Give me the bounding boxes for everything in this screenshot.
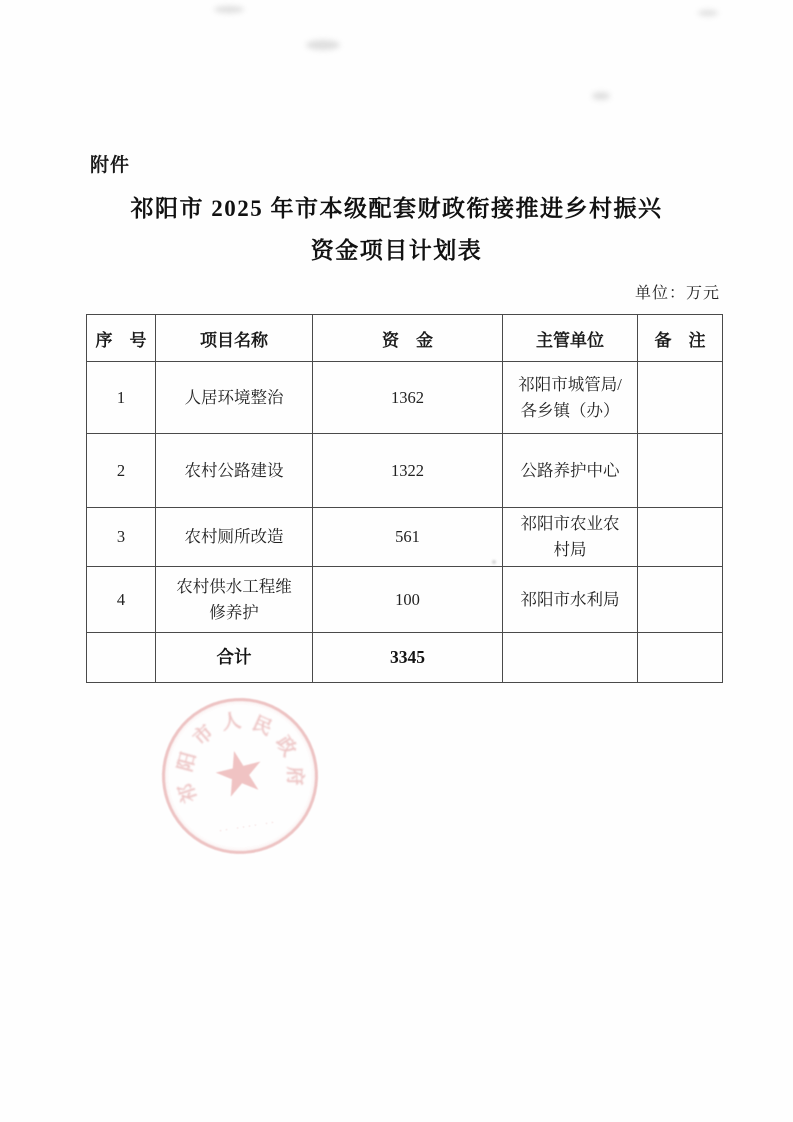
cell-seq: 4 xyxy=(87,567,156,633)
seal-ring-char: 府 xyxy=(282,764,306,788)
col-header-remark: 备 注 xyxy=(638,315,723,362)
seal-ring-char: 民 xyxy=(246,711,278,743)
seal-ring-char: 祁 xyxy=(174,778,204,808)
total-label: 合计 xyxy=(156,633,313,683)
cell-seq: 3 xyxy=(87,508,156,567)
budget-table: 序 号 项目名称 资 金 主管单位 备 注 1 人居环境整治 1362 祁阳市城… xyxy=(86,314,723,683)
table-row: 4 农村供水工程维 修养护 100 祁阳市水利局 xyxy=(87,567,723,633)
scan-artifact xyxy=(306,40,340,50)
cell-remark xyxy=(638,567,723,633)
table-total-row: 合计 3345 xyxy=(87,633,723,683)
cell-agency: 祁阳市农业农 村局 xyxy=(503,508,638,567)
cell-remark xyxy=(638,633,723,683)
cell-project: 人居环境整治 xyxy=(156,362,313,434)
official-seal: ★ 祁 阳 市 人 民 政 府 ·· ···· ·· xyxy=(151,687,329,865)
table-row: 2 农村公路建设 1322 公路养护中心 xyxy=(87,434,723,508)
cell-project: 农村厕所改造 xyxy=(156,508,313,567)
table-row: 1 人居环境整治 1362 祁阳市城管局/ 各乡镇（办） xyxy=(87,362,723,434)
seal-star-icon: ★ xyxy=(206,738,273,809)
table-row: 3 农村厕所改造 561 祁阳市农业农 村局 xyxy=(87,508,723,567)
document-page: 附件 祁阳市 2025 年市本级配套财政衔接推进乡村振兴 资金项目计划表 单位：… xyxy=(0,0,793,1122)
col-header-amount: 资 金 xyxy=(313,315,503,362)
cell-remark xyxy=(638,434,723,508)
col-header-agency: 主管单位 xyxy=(503,315,638,362)
seal-ring xyxy=(151,687,329,865)
cell-amount: 1322 xyxy=(313,434,503,508)
seal-ring-char: 市 xyxy=(187,719,221,753)
attachment-label: 附件 xyxy=(90,150,130,177)
title-line-1: 祁阳市 2025 年市本级配套财政衔接推进乡村振兴 xyxy=(0,188,793,230)
unit-note: 单位：万元 xyxy=(635,280,720,303)
cell-amount: 561 xyxy=(313,508,503,567)
seal-bottom-marks: ·· ···· ·· xyxy=(170,809,326,843)
cell-agency: 祁阳市城管局/ 各乡镇（办） xyxy=(503,362,638,434)
cell-amount: 100 xyxy=(313,567,503,633)
cell-remark xyxy=(638,508,723,567)
cell-seq: 1 xyxy=(87,362,156,434)
seal-ring-char: 人 xyxy=(218,709,245,736)
cell-agency: 祁阳市水利局 xyxy=(503,567,638,633)
scan-artifact xyxy=(214,6,244,13)
cell-seq: 2 xyxy=(87,434,156,508)
cell-agency: 公路养护中心 xyxy=(503,434,638,508)
document-title: 祁阳市 2025 年市本级配套财政衔接推进乡村振兴 资金项目计划表 xyxy=(0,188,793,272)
cell-remark xyxy=(638,362,723,434)
table-header-row: 序 号 项目名称 资 金 主管单位 备 注 xyxy=(87,315,723,362)
scan-artifact xyxy=(698,10,718,16)
seal-ring-char: 政 xyxy=(269,730,302,763)
cell-seq xyxy=(87,633,156,683)
cell-agency xyxy=(503,633,638,683)
col-header-seq: 序 号 xyxy=(87,315,156,362)
total-amount: 3345 xyxy=(313,633,503,683)
scan-artifact xyxy=(592,92,610,100)
cell-project: 农村公路建设 xyxy=(156,434,313,508)
cell-project: 农村供水工程维 修养护 xyxy=(156,567,313,633)
title-line-2: 资金项目计划表 xyxy=(0,230,793,272)
col-header-project: 项目名称 xyxy=(156,315,313,362)
seal-ring-char: 阳 xyxy=(173,747,202,776)
cell-amount: 1362 xyxy=(313,362,503,434)
